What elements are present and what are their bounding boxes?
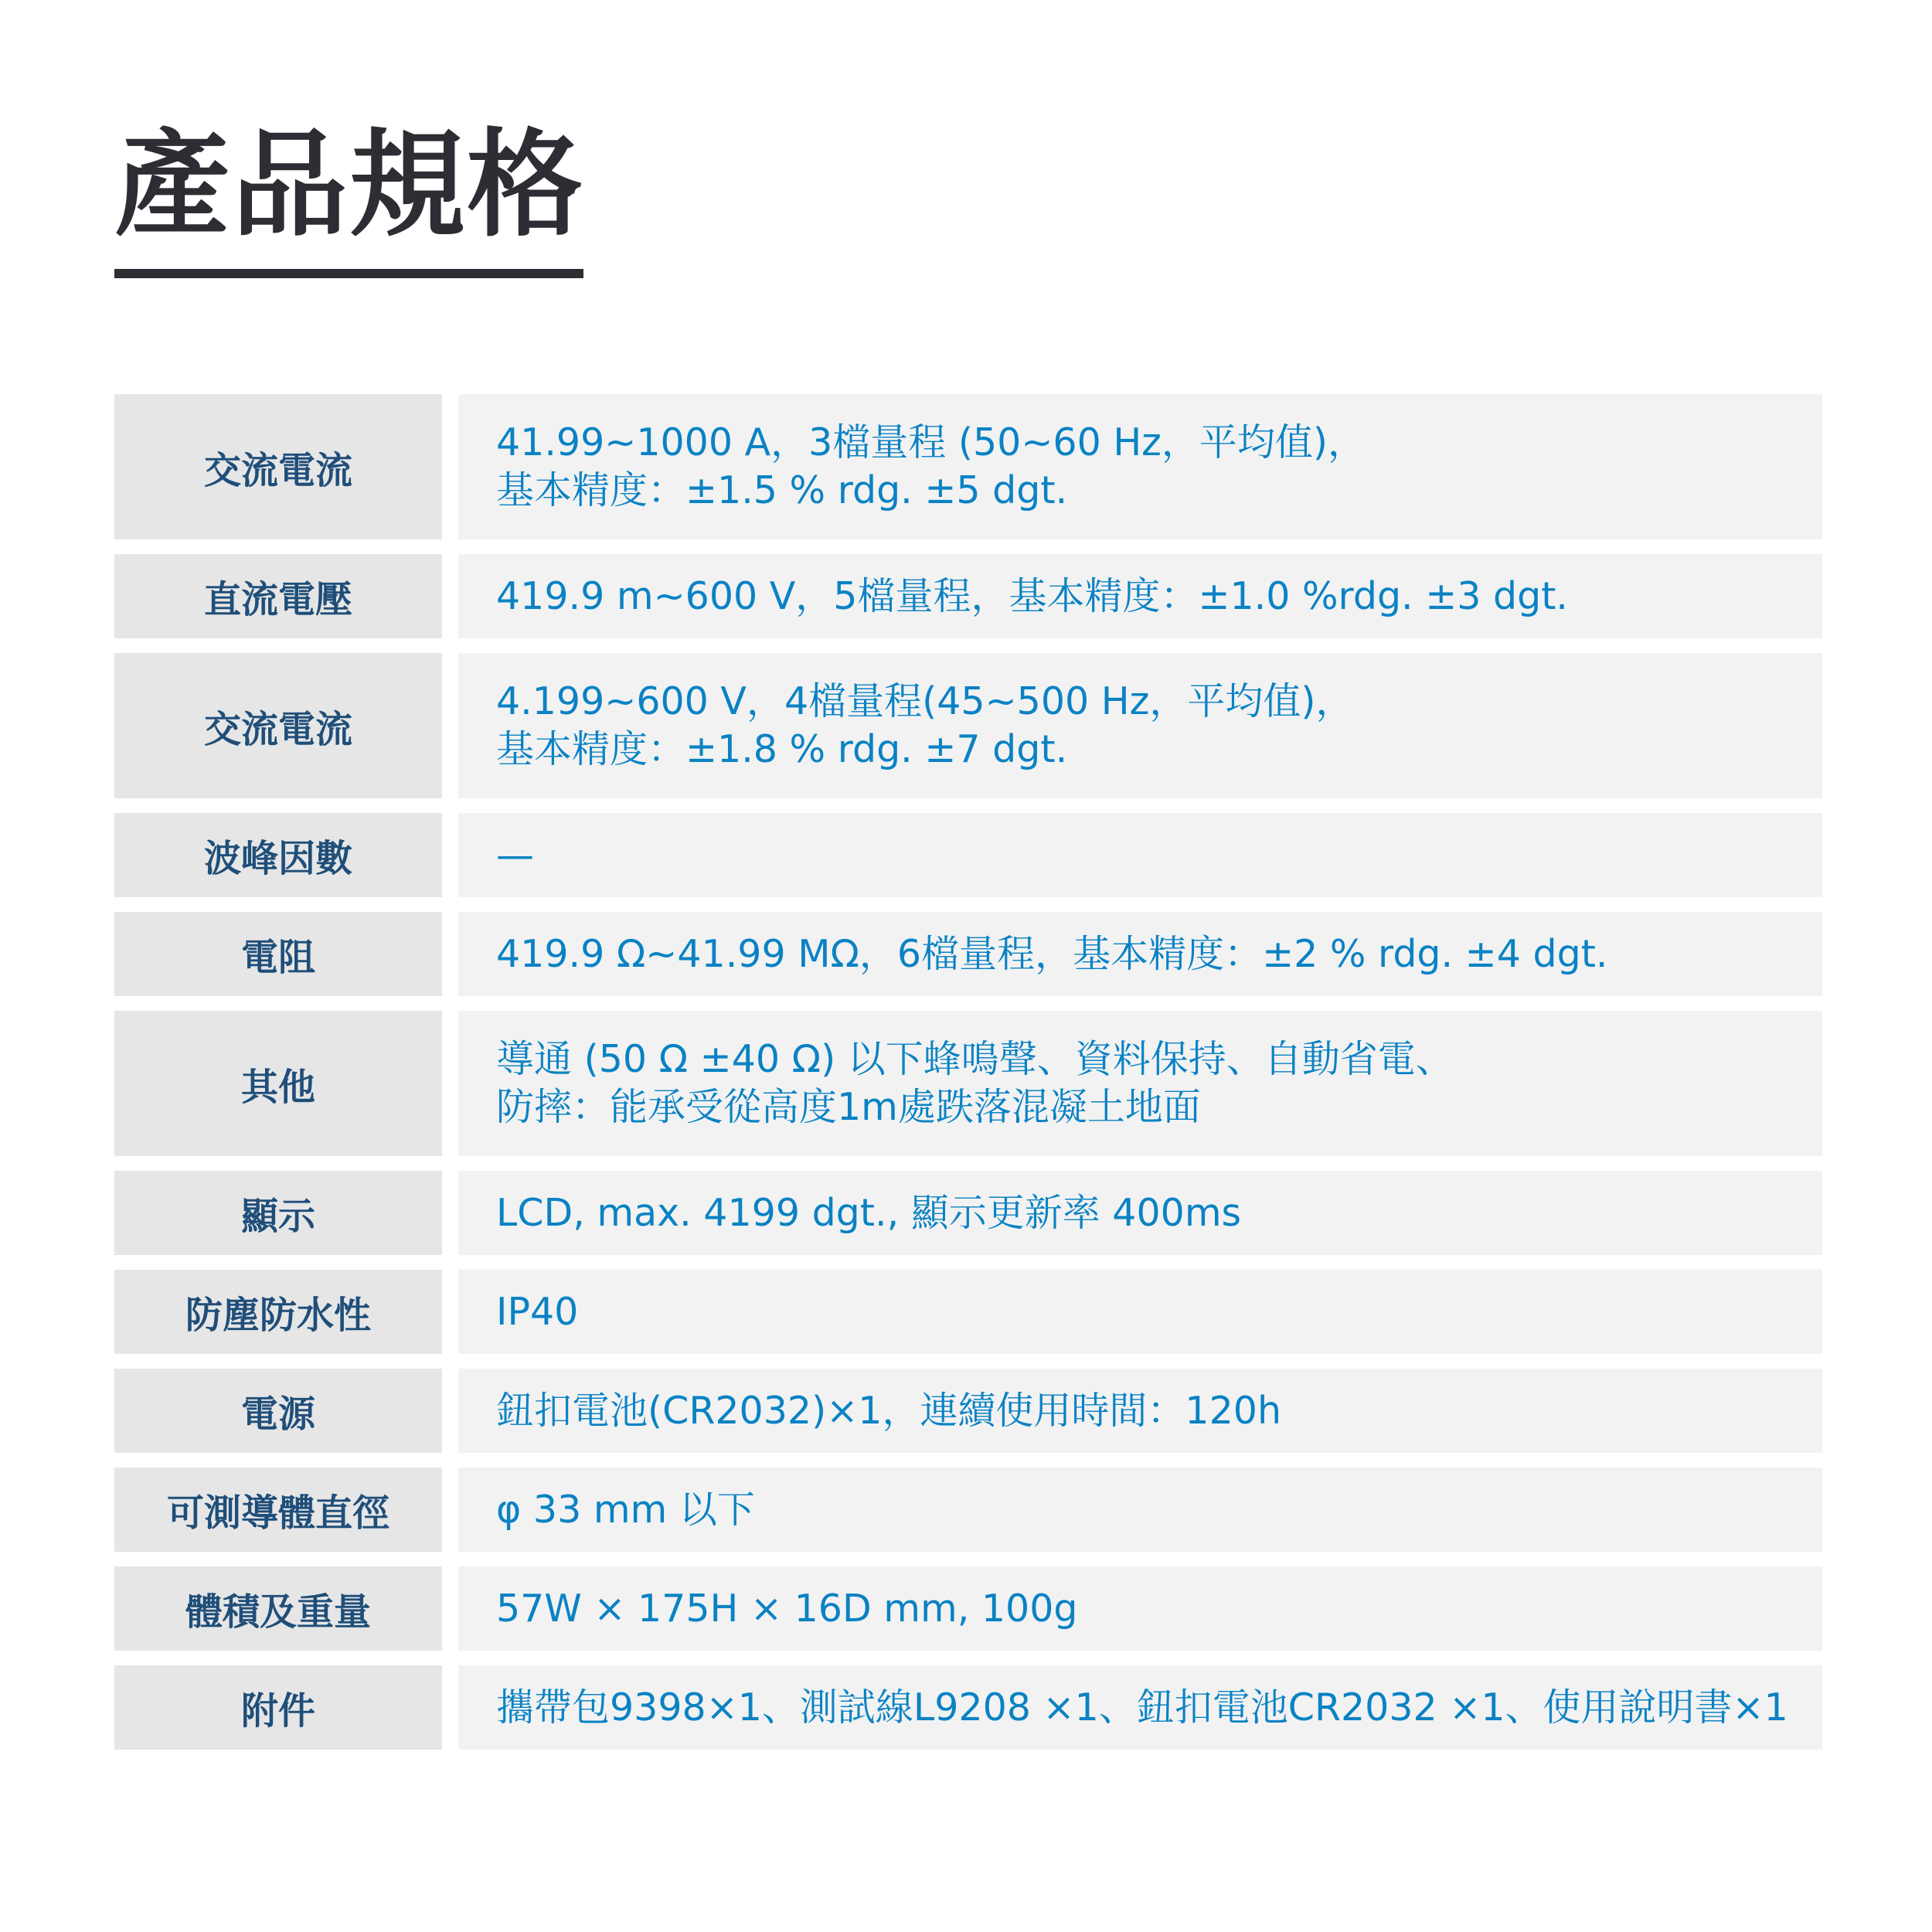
spec-value-line: 攜帶包9398×1、測試線L9208 ×1、鈕扣電池CR2032 ×1、使用說明…: [496, 1684, 1822, 1732]
spec-label: 附件: [114, 1665, 442, 1750]
spec-label: 電阻: [114, 912, 442, 996]
spec-row-ac-current-1: 交流電流 41.99~1000 A，3檔量程 (50~60 Hz，平均值)， 基…: [114, 394, 1822, 539]
spec-table: 交流電流 41.99~1000 A，3檔量程 (50~60 Hz，平均值)， 基…: [114, 394, 1822, 1750]
spec-value: IP40: [458, 1270, 1822, 1354]
spec-value: 41.99~1000 A，3檔量程 (50~60 Hz，平均值)， 基本精度：±…: [458, 394, 1822, 539]
spec-value-line: 419.9 Ω~41.99 MΩ，6檔量程，基本精度：±2 % rdg. ±4 …: [496, 930, 1822, 978]
spec-value: 鈕扣電池(CR2032)×1，連續使用時間：120h: [458, 1369, 1822, 1453]
spec-value-line: 基本精度：±1.8 % rdg. ±7 dgt.: [496, 726, 1822, 774]
spec-value-line: 57W × 175H × 16D mm, 100g: [496, 1585, 1822, 1633]
spec-value: 攜帶包9398×1、測試線L9208 ×1、鈕扣電池CR2032 ×1、使用說明…: [458, 1665, 1822, 1750]
spec-value-line: 41.99~1000 A，3檔量程 (50~60 Hz，平均值)，: [496, 419, 1822, 467]
spec-value: φ 33 mm 以下: [458, 1468, 1822, 1552]
spec-label: 顯示: [114, 1171, 442, 1255]
spec-value-line: 導通 (50 Ω ±40 Ω) 以下蜂鳴聲、資料保持、自動省電、: [496, 1036, 1822, 1083]
spec-value-line: 防摔：能承受從高度1m處跌落混凝土地面: [496, 1083, 1822, 1131]
spec-row-crest-factor: 波峰因數 —: [114, 813, 1822, 897]
spec-label: 交流電流: [114, 394, 442, 539]
spec-value-line: —: [496, 832, 1822, 879]
spec-value-line: φ 33 mm 以下: [496, 1486, 1822, 1534]
spec-row-ac-current-2: 交流電流 4.199~600 V，4檔量程(45~500 Hz，平均值)， 基本…: [114, 653, 1822, 798]
spec-row-dc-voltage: 直流電壓 419.9 m~600 V，5檔量程，基本精度：±1.0 %rdg. …: [114, 554, 1822, 638]
spec-row-conductor-diameter: 可測導體直徑 φ 33 mm 以下: [114, 1468, 1822, 1552]
spec-label: 防塵防水性: [114, 1270, 442, 1354]
spec-row-resistance: 電阻 419.9 Ω~41.99 MΩ，6檔量程，基本精度：±2 % rdg. …: [114, 912, 1822, 996]
spec-value-line: LCD, max. 4199 dgt., 顯示更新率 400ms: [496, 1189, 1822, 1237]
spec-label: 直流電壓: [114, 554, 442, 638]
spec-row-dimensions-weight: 體積及重量 57W × 175H × 16D mm, 100g: [114, 1566, 1822, 1651]
spec-value-line: 鈕扣電池(CR2032)×1，連續使用時間：120h: [496, 1387, 1822, 1435]
spec-row-display: 顯示 LCD, max. 4199 dgt., 顯示更新率 400ms: [114, 1171, 1822, 1255]
spec-value-line: 4.199~600 V，4檔量程(45~500 Hz，平均值)，: [496, 678, 1822, 726]
spec-value: 導通 (50 Ω ±40 Ω) 以下蜂鳴聲、資料保持、自動省電、 防摔：能承受從…: [458, 1011, 1822, 1156]
spec-value: 4.199~600 V，4檔量程(45~500 Hz，平均值)， 基本精度：±1…: [458, 653, 1822, 798]
spec-value-line: IP40: [496, 1288, 1822, 1336]
spec-value: —: [458, 813, 1822, 897]
spec-label: 體積及重量: [114, 1566, 442, 1651]
spec-value: 419.9 Ω~41.99 MΩ，6檔量程，基本精度：±2 % rdg. ±4 …: [458, 912, 1822, 996]
spec-row-other: 其他 導通 (50 Ω ±40 Ω) 以下蜂鳴聲、資料保持、自動省電、 防摔：能…: [114, 1011, 1822, 1156]
spec-label: 可測導體直徑: [114, 1468, 442, 1552]
spec-value: 57W × 175H × 16D mm, 100g: [458, 1566, 1822, 1651]
spec-label: 波峰因數: [114, 813, 442, 897]
spec-row-accessories: 附件 攜帶包9398×1、測試線L9208 ×1、鈕扣電池CR2032 ×1、使…: [114, 1665, 1822, 1750]
spec-label: 電源: [114, 1369, 442, 1453]
spec-row-power: 電源 鈕扣電池(CR2032)×1，連續使用時間：120h: [114, 1369, 1822, 1453]
spec-value: 419.9 m~600 V，5檔量程，基本精度：±1.0 %rdg. ±3 dg…: [458, 554, 1822, 638]
title-underline: [114, 269, 583, 278]
spec-value-line: 基本精度：±1.5 % rdg. ±5 dgt.: [496, 467, 1822, 515]
spec-value-line: 419.9 m~600 V，5檔量程，基本精度：±1.0 %rdg. ±3 dg…: [496, 573, 1822, 621]
spec-row-ip-rating: 防塵防水性 IP40: [114, 1270, 1822, 1354]
page-title: 產品規格: [114, 128, 584, 243]
spec-value: LCD, max. 4199 dgt., 顯示更新率 400ms: [458, 1171, 1822, 1255]
spec-label: 其他: [114, 1011, 442, 1156]
spec-label: 交流電流: [114, 653, 442, 798]
page-title-wrap: 產品規格: [114, 128, 584, 243]
